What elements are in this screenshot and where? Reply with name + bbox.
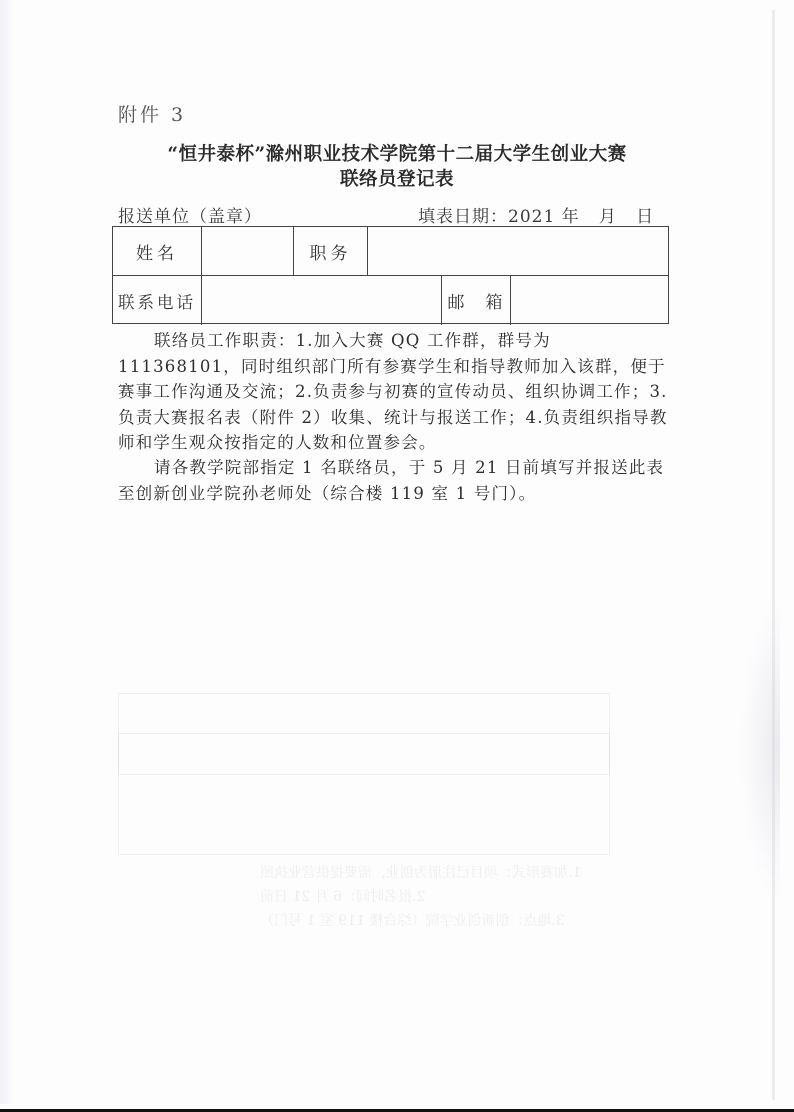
- scan-right-edge: [772, 10, 775, 1100]
- document-subtitle: 联络员登记表: [100, 165, 694, 191]
- bleed-through-line: 1.加赛形式：项目已注册为创业，需要提供营业执照: [260, 862, 581, 882]
- table-row: 联系电话 邮 箱: [113, 276, 668, 325]
- bleed-through-table-row: [118, 733, 610, 775]
- bleed-through-line: 3.地点：创新创业学院（综合楼 119 室 1 号门）: [260, 910, 565, 930]
- phone-label: 联系电话: [113, 276, 201, 325]
- position-label: 职务: [293, 227, 367, 275]
- email-label: 邮 箱: [441, 276, 510, 325]
- liaison-registration-table: 姓名 职务 联系电话 邮 箱: [112, 226, 669, 324]
- annex-label: 附件 3: [118, 100, 186, 127]
- phone-field[interactable]: [201, 276, 441, 325]
- scan-left-edge: [0, 0, 14, 1104]
- submitting-unit-label: 报送单位（盖章）: [118, 202, 262, 227]
- email-field[interactable]: [510, 276, 670, 325]
- position-field[interactable]: [367, 227, 670, 275]
- fill-date-label: 填表日期：2021 年 月 日: [418, 202, 654, 227]
- table-row: 姓名 职务: [113, 227, 668, 276]
- bleed-through-line: 2.报名时间：6 月 21 日前: [260, 886, 425, 906]
- document-title: “恒井泰杯”滁州职业技术学院第十二届大学生创业大赛: [100, 140, 694, 166]
- scan-shadow: [740, 600, 780, 900]
- name-label: 姓名: [113, 227, 201, 275]
- name-field[interactable]: [201, 227, 293, 275]
- submission-instruction-paragraph: 请各教学院部指定 1 名联络员，于 5 月 21 日前填写并报送此表至创新创业学…: [118, 455, 674, 506]
- liaison-duties-paragraph: 联络员工作职责：1.加入大赛 QQ 工作群，群号为 111368101，同时组织…: [118, 328, 674, 456]
